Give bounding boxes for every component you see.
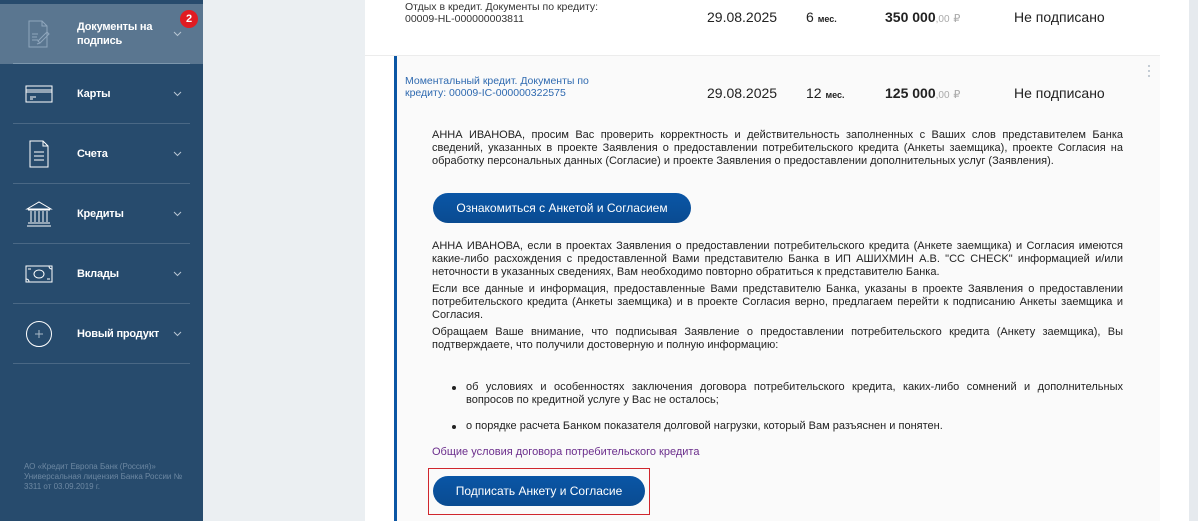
more-options-icon[interactable]: [1148, 65, 1152, 77]
sidebar-item-label: Кредиты: [77, 207, 167, 221]
loan-amount: 125 000,00 ₽: [885, 85, 960, 101]
instructions-text: АННА ИВАНОВА, если в проектах Заявления …: [432, 240, 1123, 356]
sidebar-item-documents-to-sign[interactable]: Документы на подпись 2: [0, 4, 203, 64]
document-date: 29.08.2025: [707, 85, 777, 101]
document-date: 29.08.2025: [707, 9, 777, 25]
sidebar-item-credits[interactable]: Кредиты: [0, 184, 203, 244]
sidebar-item-deposits[interactable]: Вклады: [0, 244, 203, 304]
sidebar-item-label: Вклады: [77, 267, 167, 281]
banknote-icon: [24, 259, 54, 289]
list-item: об условиях и особенностях заключения до…: [452, 381, 1123, 407]
table-row-expanded: Моментальный кредит. Документы по кредит…: [394, 56, 1160, 521]
status-badge: Не подписано: [1014, 9, 1105, 25]
bank-license-info: АО «Кредит Европа Банк (Россия)» Универс…: [24, 462, 184, 492]
sidebar-item-accounts[interactable]: Счета: [0, 124, 203, 184]
documents-card: Отдых в кредит. Документы по кредиту: 00…: [365, 0, 1189, 521]
status-badge: Не подписано: [1014, 85, 1105, 101]
confirmation-list: об условиях и особенностях заключения до…: [452, 381, 1123, 433]
document-sign-icon: [24, 19, 54, 49]
sidebar-item-label: Новый продукт: [77, 327, 172, 341]
chevron-down-icon[interactable]: [172, 29, 182, 39]
sidebar-item-label: Карты: [77, 87, 167, 101]
sign-questionnaire-button[interactable]: Подписать Анкету и Согласие: [433, 476, 645, 506]
divider: [13, 363, 190, 364]
chevron-down-icon[interactable]: [172, 89, 182, 99]
card-icon: [24, 79, 54, 109]
scroll-area: [1189, 0, 1198, 521]
document-title[interactable]: Отдых в кредит. Документы по кредиту: 00…: [405, 1, 625, 25]
list-item: о порядке расчета Банком показателя долг…: [452, 420, 1123, 433]
sidebar: Документы на подпись 2 Карты Счета: [0, 0, 203, 521]
bank-icon: [24, 199, 54, 229]
loan-term: 6 мес.: [806, 9, 837, 25]
notification-badge: 2: [180, 10, 198, 28]
chevron-down-icon[interactable]: [172, 209, 182, 219]
general-conditions-link[interactable]: Общие условия договора потребительского …: [432, 446, 699, 458]
chevron-down-icon[interactable]: [172, 329, 182, 339]
chevron-down-icon[interactable]: [172, 149, 182, 159]
sidebar-item-label: Счета: [77, 147, 167, 161]
sidebar-item-cards[interactable]: Карты: [0, 64, 203, 124]
sidebar-item-new-product[interactable]: Новый продукт: [0, 304, 203, 364]
loan-amount: 350 000,00 ₽: [885, 9, 960, 25]
loan-term: 12 мес.: [806, 85, 845, 101]
document-title-link[interactable]: Моментальный кредит. Документы по кредит…: [405, 75, 615, 99]
sidebar-item-label: Документы на подпись: [77, 20, 167, 48]
review-questionnaire-button[interactable]: Ознакомиться с Анкетой и Согласием: [433, 193, 691, 223]
verification-text: АННА ИВАНОВА, просим Вас проверить корре…: [432, 129, 1123, 172]
chevron-down-icon[interactable]: [172, 269, 182, 279]
plus-circle-icon: [24, 319, 54, 349]
table-row[interactable]: Отдых в кредит. Документы по кредиту: 00…: [365, 0, 1160, 55]
document-icon: [24, 139, 54, 169]
